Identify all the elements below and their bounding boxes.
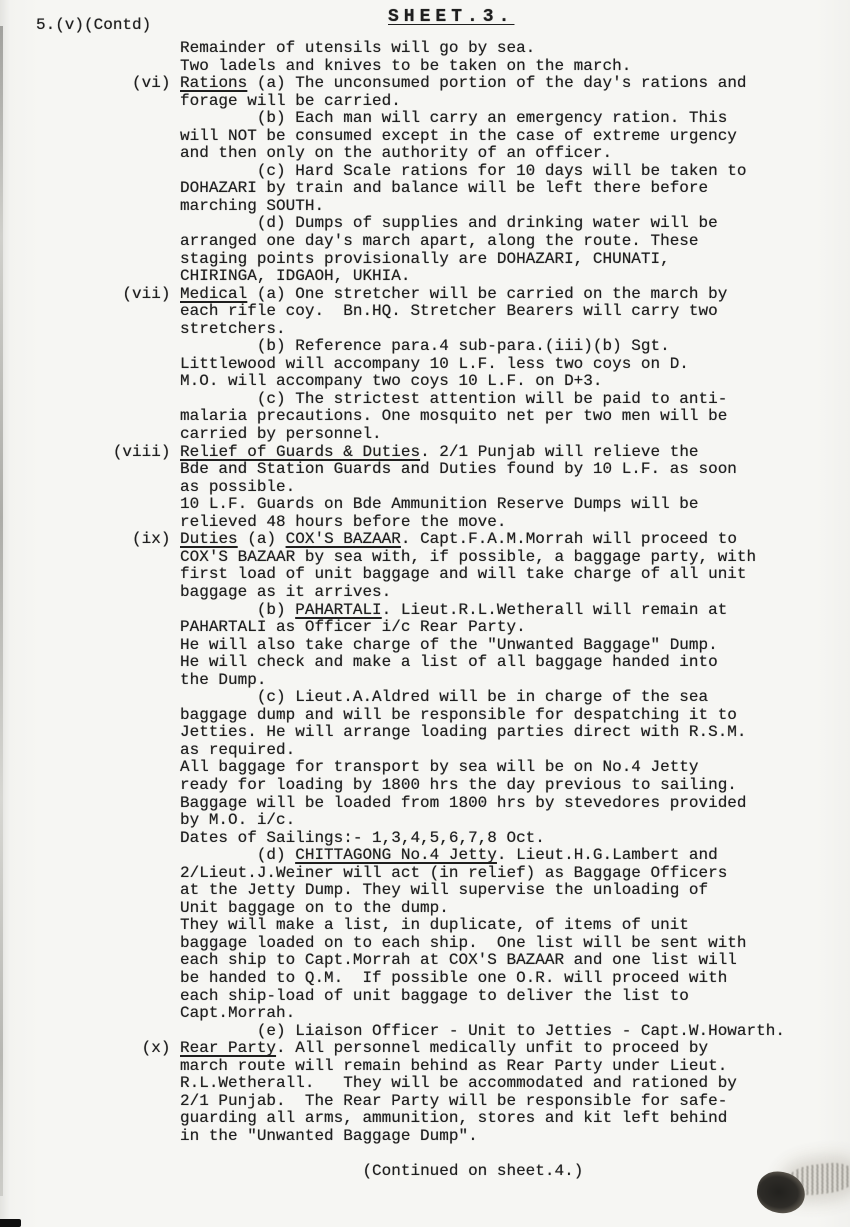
document-line: as required. <box>36 742 836 760</box>
document-line: malaria precautions. One mosquito net pe… <box>36 408 836 426</box>
document-line: by M.O. i/c. <box>36 812 836 830</box>
document-line: (c) The strictest attention will be paid… <box>36 391 836 409</box>
document-line: He will also take charge of the "Unwante… <box>36 637 836 655</box>
document-line: ready for loading by 1800 hrs the day pr… <box>36 777 836 795</box>
document-line: CHIRINGA, IDGAOH, UKHIA. <box>36 268 836 286</box>
document-line: baggage dump and will be responsible for… <box>36 707 836 725</box>
document-line: (e) Liaison Officer - Unit to Jetties - … <box>36 1023 836 1041</box>
document-line: Bde and Station Guards and Duties found … <box>36 461 836 479</box>
document-line: Two ladels and knives to be taken on the… <box>36 58 836 76</box>
document-line: at the Jetty Dump. They will supervise t… <box>36 882 836 900</box>
document-line: (vii) Medical (a) One stretcher will be … <box>36 286 836 304</box>
document-line: marching SOUTH. <box>36 198 836 216</box>
document-line: 2/Lieut.J.Weiner will act (in relief) as… <box>36 865 836 883</box>
document-line: each rifle coy. Bn.HQ. Stretcher Bearers… <box>36 303 836 321</box>
document-line: (x) Rear Party. All personnel medically … <box>36 1040 836 1058</box>
document-line: forage will be carried. <box>36 93 836 111</box>
document-line: PAHARTALI as Officer i/c Rear Party. <box>36 619 836 637</box>
document-line: (Continued on sheet.4.) <box>36 1163 836 1181</box>
document-line: as possible. <box>36 479 836 497</box>
document-line: in the "Unwanted Baggage Dump". <box>36 1128 836 1146</box>
document-line: Jetties. He will arrange loading parties… <box>36 724 836 742</box>
document-line: (c) Hard Scale rations for 10 days will … <box>36 163 836 181</box>
document-line: (viii) Relief of Guards & Duties. 2/1 Pu… <box>36 444 836 462</box>
document-line: (ix) Duties (a) COX'S BAZAAR. Capt.F.A.M… <box>36 531 836 549</box>
document-line: (d) Dumps of supplies and drinking water… <box>36 215 836 233</box>
document-line: Baggage will be loaded from 1800 hrs by … <box>36 795 836 813</box>
document-line: Littlewood will accompany 10 L.F. less t… <box>36 356 836 374</box>
document-line: Unit baggage on to the dump. <box>36 900 836 918</box>
document-body: Remainder of utensils will go by sea.Two… <box>36 40 836 1181</box>
document-line: 10 L.F. Guards on Bde Ammunition Reserve… <box>36 496 836 514</box>
document-line: staging points provisionally are DOHAZAR… <box>36 251 836 269</box>
document-line: They will make a list, in duplicate, of … <box>36 917 836 935</box>
document-line: will NOT be consumed except in the case … <box>36 128 836 146</box>
document-line: All baggage for transport by sea will be… <box>36 759 836 777</box>
document-line <box>36 1145 836 1163</box>
document-line: march route will remain behind as Rear P… <box>36 1058 836 1076</box>
document-line: first load of unit baggage and will take… <box>36 566 836 584</box>
document-line: (c) Lieut.A.Aldred will be in charge of … <box>36 689 836 707</box>
paragraph-continuation-label: 5.(v)(Contd) <box>36 16 151 34</box>
document-line: and then only on the authority of an off… <box>36 145 836 163</box>
document-line: 2/1 Punjab. The Rear Party will be respo… <box>36 1093 836 1111</box>
document-line: (b) PAHARTALI. Lieut.R.L.Wetherall will … <box>36 602 836 620</box>
document-line: DOHAZARI by train and balance will be le… <box>36 180 836 198</box>
document-page: SHEET.3. 5.(v)(Contd) Remainder of utens… <box>0 0 850 1227</box>
document-line: each ship to Capt.Morrah at COX'S BAZAAR… <box>36 952 836 970</box>
document-line: COX'S BAZAAR by sea with, if possible, a… <box>36 549 836 567</box>
document-line: Remainder of utensils will go by sea. <box>36 40 836 58</box>
document-line: relieved 48 hours before the move. <box>36 514 836 532</box>
document-line: (b) Each man will carry an emergency rat… <box>36 110 836 128</box>
document-line: Capt.Morrah. <box>36 1005 836 1023</box>
document-line: stretchers. <box>36 321 836 339</box>
page-title: SHEET.3. <box>388 7 514 27</box>
document-line: baggage as it arrives. <box>36 584 836 602</box>
document-line: (b) Reference para.4 sub-para.(iii)(b) S… <box>36 338 836 356</box>
document-line: guarding all arms, ammunition, stores an… <box>36 1110 836 1128</box>
document-line: Dates of Sailings:- 1,3,4,5,6,7,8 Oct. <box>36 830 836 848</box>
document-line: (d) CHITTAGONG No.4 Jetty. Lieut.H.G.Lam… <box>36 847 836 865</box>
document-line: baggage loaded on to each ship. One list… <box>36 935 836 953</box>
document-line: arranged one day's march apart, along th… <box>36 233 836 251</box>
document-line: He will check and make a list of all bag… <box>36 654 836 672</box>
document-line: M.O. will accompany two coys 10 L.F. on … <box>36 373 836 391</box>
document-line: be handed to Q.M. If possible one O.R. w… <box>36 970 836 988</box>
scan-edge-line <box>0 26 3 1196</box>
document-line: each ship-load of unit baggage to delive… <box>36 988 836 1006</box>
document-line: carried by personnel. <box>36 426 836 444</box>
document-line: the Dump. <box>36 672 836 690</box>
document-line: (vi) Rations (a) The unconsumed portion … <box>36 75 836 93</box>
scan-corner-mark <box>0 1219 21 1227</box>
document-line: R.L.Wetherall. They will be accommodated… <box>36 1075 836 1093</box>
